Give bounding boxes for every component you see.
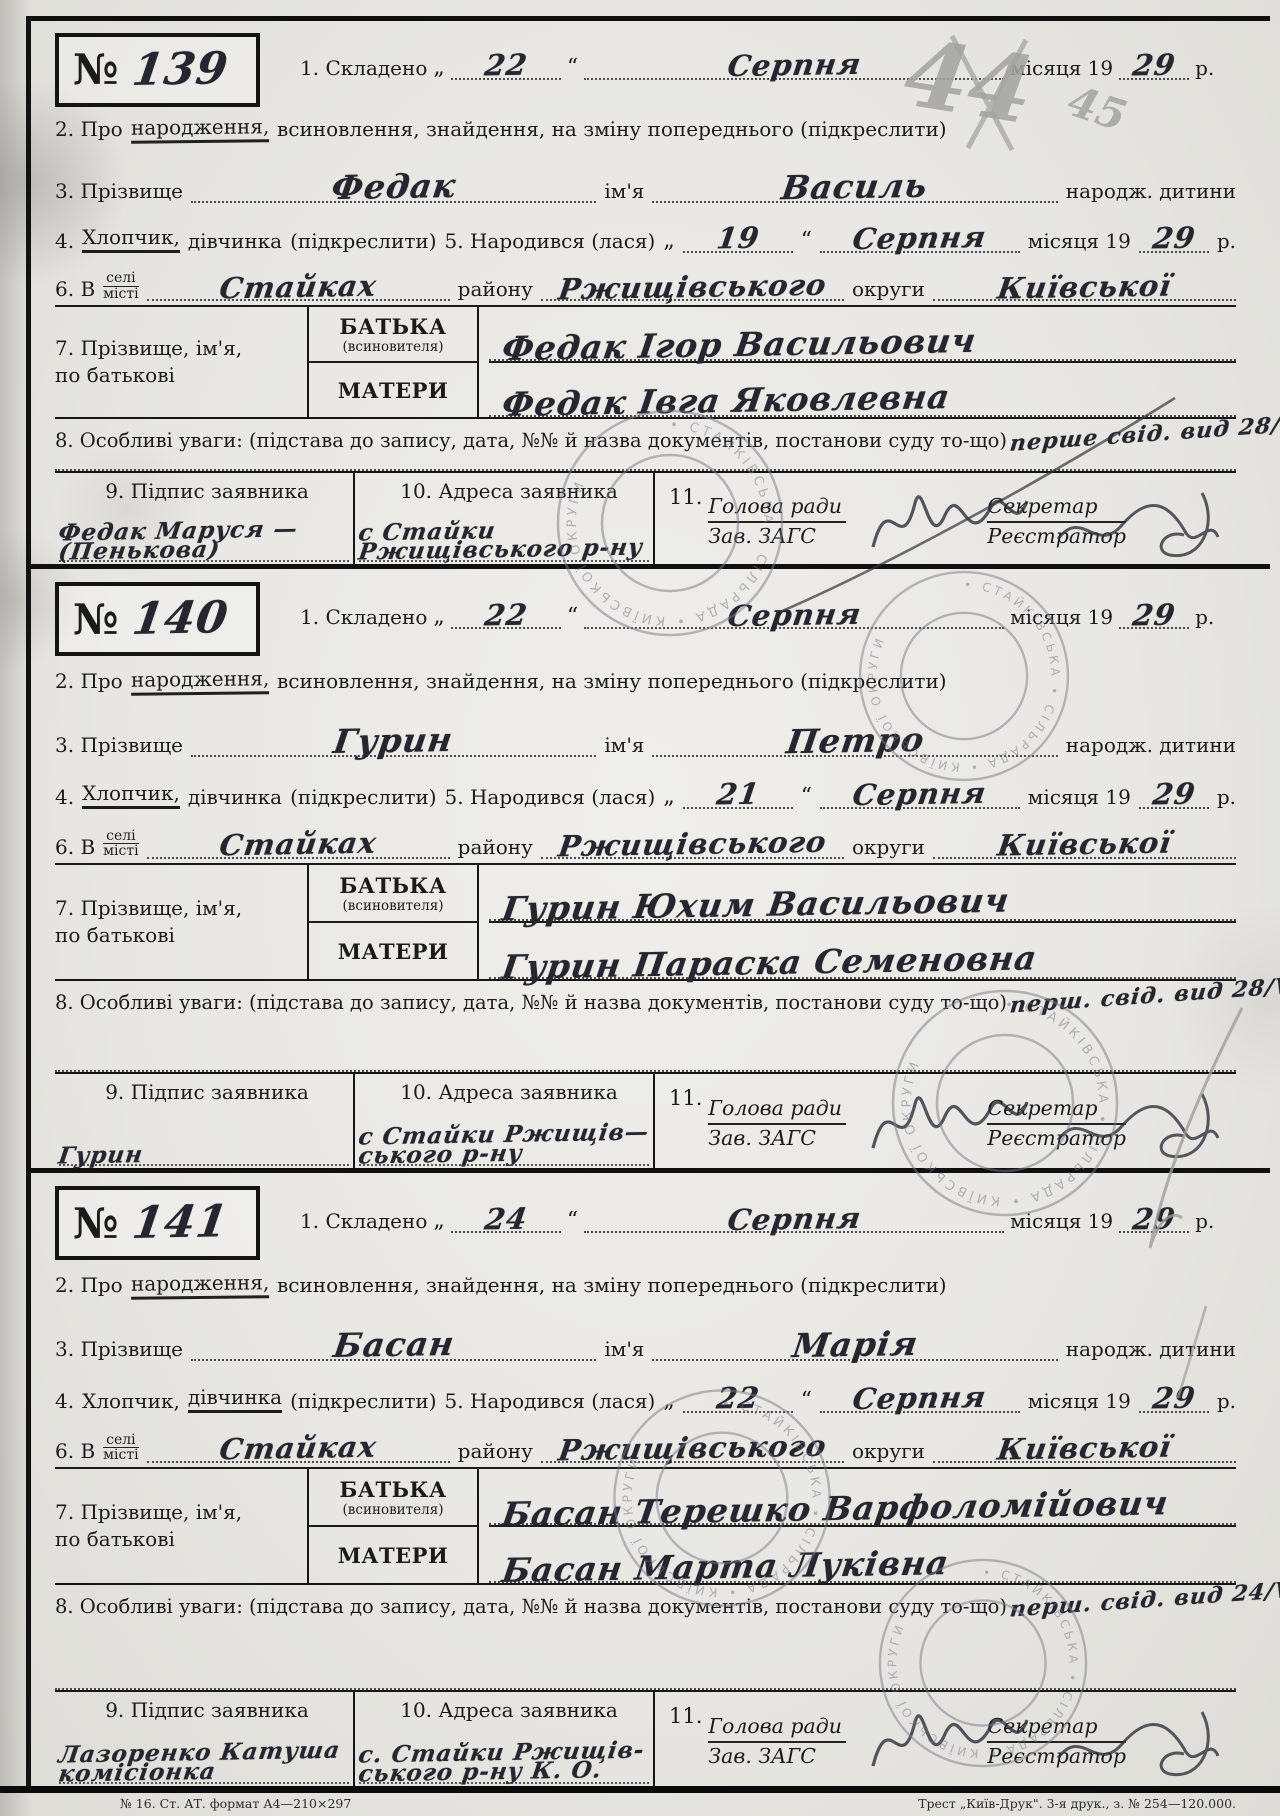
born-label: 5. Народився (лася) [445, 785, 656, 809]
name-line: 3. Прізвище Гурин ім'я Петро народж. дит… [55, 701, 1236, 757]
number-sign: № [73, 45, 119, 94]
month-label-2: місяця 19 [1028, 1389, 1131, 1413]
sex-and-birthdate-line: 4. Хлопчик, дівчинка (підкреслити) 5. На… [55, 203, 1236, 253]
print-footer: № 16. Ст. АТ. формат А4—210×297 Трест „К… [0, 1786, 1280, 1816]
girl-word: дівчинка [188, 1385, 282, 1413]
birth-month-handwritten: Серпня [851, 1385, 988, 1412]
registrar-label: Реєстратор [987, 1743, 1126, 1770]
mother-name-handwritten: Басан Марта Луківна [500, 1549, 950, 1585]
records-container: № 139 1. Складено „ 22 “ Серпня місяця 1… [31, 21, 1270, 1786]
composed-day-handwritten: 24 [483, 1206, 529, 1231]
event-line-prefix: 2. Про [55, 1273, 123, 1297]
village-handwritten: Стайках [218, 831, 378, 858]
composed-line: 1. Складено „ 22 “ Серпня місяця 19 29 р… [300, 603, 1236, 636]
place-line: 6. В селі місті Стайках району Ржищівськ… [55, 253, 1236, 307]
remarks-label: 8. Особливі уваги: (підстава до запису, … [55, 991, 1007, 1014]
composed-label: 1. Складено [300, 56, 427, 80]
village-city-fraction: селі місті [103, 271, 138, 301]
year-suffix-2: р. [1217, 785, 1236, 809]
record-number-handwritten: 141 [130, 1203, 230, 1242]
zags-manager-label: Зав. ЗАГС [708, 1743, 846, 1770]
birth-year-handwritten: 29 [1151, 782, 1197, 807]
okruha-label: округи [852, 1439, 925, 1463]
event-word-underlined: народження, [131, 666, 270, 695]
name-line: 3. Прізвище Басан ім'я Марія народж. дит… [55, 1305, 1236, 1361]
surname-label: 3. Прізвище [55, 179, 183, 203]
applicant-signature-cell: 9. Підпис заявника Федак Маруся — (Пеньк… [55, 473, 355, 564]
district-label: району [458, 277, 533, 301]
quote-open: „ [433, 1208, 444, 1233]
applicant-signature-line2: комісіонка [57, 1760, 351, 1785]
parents-block: 7. Прізвище, ім'я, по батькові БАТЬКА (в… [55, 307, 1236, 419]
item11-number: 11. [669, 1704, 702, 1728]
parents-role-column: БАТЬКА (всиновителя) МАТЕРИ [307, 1469, 479, 1583]
firstname-label: ім'я [604, 179, 644, 203]
place-prefix: 6. В [55, 835, 95, 859]
firstname-handwritten: Марія [791, 1330, 920, 1360]
applicant-signature-line1: Гурин [57, 1142, 351, 1167]
parents-label-line1: 7. Прізвище, ім'я, [55, 1499, 307, 1526]
okruha-label: округи [852, 277, 925, 301]
event-line-rest: всиновлення, знайдення, на зміну поперед… [277, 1273, 947, 1297]
born-label: 5. Народився (лася) [445, 1389, 656, 1413]
village-handwritten: Стайках [218, 273, 378, 300]
head-of-council-fraction: Голова ради Зав. ЗАГС [708, 494, 846, 549]
applicant-address-cell: 10. Адреса заявника с. Стайки Ржищів- сь… [355, 1692, 655, 1786]
event-word-underlined: народження, [131, 1270, 270, 1299]
head-of-council-fraction: Голова ради Зав. ЗАГС [708, 1714, 846, 1769]
applicant-address-label: 10. Адреса заявника [369, 479, 649, 503]
secretary-fraction: Секретар Реєстратор [987, 1714, 1126, 1769]
quote-close: “ [567, 55, 578, 80]
girl-word: дівчинка [188, 229, 282, 253]
child-suffix-label: народж. дитини [1066, 733, 1236, 757]
birth-month-handwritten: Серпня [851, 781, 988, 808]
scanned-registry-page: № 139 1. Складено „ 22 “ Серпня місяця 1… [0, 0, 1280, 1816]
mother-name-handwritten: Гурин Параска Семеновна [500, 944, 1039, 981]
mother-role-label: МАТЕРИ [309, 1527, 477, 1583]
year-suffix-2: р. [1217, 1389, 1236, 1413]
surname-handwritten: Гурин [332, 726, 455, 756]
parents-label-line1: 7. Прізвище, ім'я, [55, 895, 307, 922]
okruha-handwritten: Київської [996, 1435, 1173, 1463]
village-option: селі [103, 1433, 138, 1449]
boy-word: Хлопчик, [82, 1389, 180, 1413]
mother-role-label: МАТЕРИ [309, 923, 477, 979]
composed-line: 1. Складено „ 24 “ Серпня місяця 19 29 р… [300, 1207, 1236, 1240]
secretary-label: Секретар [987, 494, 1126, 523]
applicant-address-cell: 10. Адреса заявника с Стайки Ржищівськог… [355, 473, 655, 564]
adopter-note: (всиновителя) [309, 1502, 477, 1518]
secretary-fraction: Секретар Реєстратор [987, 494, 1126, 549]
district-label: району [458, 1439, 533, 1463]
composed-label: 1. Складено [300, 1209, 427, 1233]
birth-record: № 139 1. Складено „ 22 “ Серпня місяця 1… [31, 21, 1270, 569]
firstname-handwritten: Василь [780, 171, 930, 202]
year-suffix: р. [1195, 1209, 1214, 1233]
month-label: місяця 19 [1010, 1209, 1113, 1233]
village-city-fraction: селі місті [103, 1433, 138, 1463]
mother-name-handwritten: Федак Івга Яковлевна [500, 383, 951, 419]
place-prefix: 6. В [55, 277, 95, 301]
father-role-label: БАТЬКА [309, 314, 477, 339]
city-option: місті [103, 287, 138, 302]
footer-printer-imprint: Трест „Київ-Друк". 3-я друк., з. № 254—1… [918, 1796, 1236, 1811]
birth-year-handwritten: 29 [1151, 226, 1197, 251]
event-type-line: 2. Про народження, всиновлення, знайденн… [55, 661, 1236, 701]
district-handwritten: Ржищівського [557, 1434, 828, 1463]
number-sign: № [73, 1199, 119, 1248]
item4-number: 4. [55, 785, 74, 809]
signatures-row: 9. Підпис заявника Лазоренко Катуша комі… [55, 1690, 1236, 1786]
village-option: селі [103, 271, 138, 287]
head-of-council-label: Голова ради [708, 1714, 846, 1743]
parents-label-line1: 7. Прізвище, ім'я, [55, 335, 307, 362]
month-label: місяця 19 [1010, 605, 1113, 629]
year-suffix: р. [1195, 605, 1214, 629]
applicant-address-label: 10. Адреса заявника [369, 1698, 649, 1722]
quote-close-2: “ [801, 1388, 812, 1413]
place-line: 6. В селі місті Стайках району Ржищівськ… [55, 1413, 1236, 1469]
father-role-cell: БАТЬКА (всиновителя) [309, 1469, 477, 1527]
parents-role-column: БАТЬКА (всиновителя) МАТЕРИ [307, 307, 479, 417]
child-suffix-label: народж. дитини [1066, 1337, 1236, 1361]
adopter-note: (всиновителя) [309, 898, 477, 914]
remarks-label: 8. Особливі уваги: (підстава до запису, … [55, 1595, 1007, 1618]
secretary-fraction: Секретар Реєстратор [987, 1096, 1126, 1151]
applicant-signature-cell: 9. Підпис заявника Лазоренко Катуша комі… [55, 1692, 355, 1786]
district-label: району [458, 835, 533, 859]
secretary-label: Секретар [987, 1096, 1126, 1125]
applicant-address-line2: ського р-ну К. О. [357, 1760, 651, 1785]
year-suffix: р. [1195, 56, 1214, 80]
parents-values: Гурин Юхим Васильович Гурин Параска Семе… [479, 865, 1236, 979]
composed-label: 1. Складено [300, 605, 427, 629]
born-label: 5. Народився (лася) [445, 229, 656, 253]
zags-manager-label: Зав. ЗАГС [708, 1125, 846, 1152]
applicant-address-line2: Ржищівського р-ну [357, 538, 651, 563]
year-suffix-2: р. [1217, 229, 1236, 253]
event-type-line: 2. Про народження, всиновлення, знайденн… [55, 1265, 1236, 1305]
month-label-2: місяця 19 [1028, 229, 1131, 253]
parents-values: Басан Терешко Варфоломійович Басан Марта… [479, 1469, 1236, 1583]
parents-label-line2: по батькові [55, 1526, 307, 1553]
record-number-handwritten: 139 [130, 50, 230, 89]
record-number-box: № 140 [55, 582, 260, 656]
firstname-label: ім'я [604, 1337, 644, 1361]
birth-record: № 141 1. Складено „ 24 “ Серпня місяця 1… [31, 1173, 1270, 1786]
parents-label: 7. Прізвище, ім'я, по батькові [55, 1469, 307, 1583]
birth-day-handwritten: 21 [715, 782, 761, 807]
composed-year-handwritten: 29 [1131, 1206, 1177, 1231]
composed-year-handwritten: 29 [1131, 53, 1177, 78]
quote-open-2: „ [663, 784, 674, 809]
record-number-box: № 141 [55, 1186, 260, 1260]
head-of-council-fraction: Голова ради Зав. ЗАГС [708, 1096, 846, 1151]
month-label-2: місяця 19 [1028, 785, 1131, 809]
parents-block: 7. Прізвище, ім'я, по батькові БАТЬКА (в… [55, 865, 1236, 981]
remarks-block: 8. Особливі уваги: (підстава до запису, … [55, 981, 1236, 1072]
birth-year-handwritten: 29 [1151, 1386, 1197, 1411]
applicant-address-cell: 10. Адреса заявника с Стайки Ржищів— ськ… [355, 1074, 655, 1168]
composed-line: 1. Складено „ 22 “ Серпня місяця 19 29 р… [300, 53, 1236, 86]
district-handwritten: Ржищівського [557, 272, 828, 301]
head-of-council-label: Голова ради [708, 1096, 846, 1125]
father-name-handwritten: Гурин Юхим Васильович [500, 887, 1011, 924]
city-option: місті [103, 1448, 138, 1463]
quote-close-2: “ [801, 784, 812, 809]
signatures-row: 9. Підпис заявника Федак Маруся — (Пеньк… [55, 471, 1236, 564]
record-header: № 139 1. Складено „ 22 “ Серпня місяця 1… [55, 21, 1236, 110]
city-option: місті [103, 844, 138, 859]
okruha-handwritten: Київської [996, 273, 1173, 301]
village-option: селі [103, 829, 138, 845]
birth-day-handwritten: 19 [715, 226, 761, 251]
firstname-label: ім'я [604, 733, 644, 757]
form-frame: № 139 1. Складено „ 22 “ Серпня місяця 1… [26, 16, 1270, 1791]
surname-label: 3. Прізвище [55, 733, 183, 757]
father-role-cell: БАТЬКА (всиновителя) [309, 307, 477, 363]
composed-month-handwritten: Серпня [726, 602, 863, 629]
record-number-box: № 139 [55, 33, 260, 107]
officials-cell: 11. Голова ради Зав. ЗАГС Секретар Реєст… [655, 1074, 1236, 1168]
applicant-signature-label: 9. Підпис заявника [65, 1698, 349, 1722]
firstname-handwritten: Петро [784, 726, 925, 756]
sex-and-birthdate-line: 4. Хлопчик, дівчинка (підкреслити) 5. На… [55, 757, 1236, 809]
birth-month-handwritten: Серпня [851, 225, 988, 252]
underline-note: (підкреслити) [290, 785, 436, 809]
remarks-block: 8. Особливі уваги: (підстава до запису, … [55, 1585, 1236, 1690]
record-number-handwritten: 140 [130, 599, 230, 638]
item11-number: 11. [669, 485, 702, 509]
name-line: 3. Прізвище Федак ім'я Василь народж. ди… [55, 149, 1236, 203]
event-line-prefix: 2. Про [55, 117, 123, 141]
place-line: 6. В селі місті Стайках району Ржищівськ… [55, 809, 1236, 865]
boy-word: Хлопчик, [82, 225, 180, 253]
event-line-rest: всиновлення, знайдення, на зміну поперед… [277, 117, 947, 141]
composed-month-handwritten: Серпня [726, 1206, 863, 1233]
quote-close: “ [567, 1208, 578, 1233]
father-role-label: БАТЬКА [309, 1477, 477, 1502]
adopter-note: (всиновителя) [309, 339, 477, 355]
event-line-prefix: 2. Про [55, 669, 123, 693]
month-label: місяця 19 [1010, 56, 1113, 80]
sex-and-birthdate-line: 4. Хлопчик, дівчинка (підкреслити) 5. На… [55, 1361, 1236, 1413]
parents-label-line2: по батькові [55, 362, 307, 389]
applicant-signature-label: 9. Підпис заявника [65, 479, 349, 503]
okruha-label: округи [852, 835, 925, 859]
applicant-signature-line2: (Пенькова) [57, 538, 351, 563]
underline-note: (підкреслити) [290, 229, 436, 253]
okruha-handwritten: Київської [996, 831, 1173, 859]
remarks-block: 8. Особливі уваги: (підстава до запису, … [55, 419, 1236, 471]
number-sign: № [73, 595, 119, 644]
officials-cell: 11. Голова ради Зав. ЗАГС Секретар Реєст… [655, 1692, 1236, 1786]
applicant-signature-cell: 9. Підпис заявника Гурин [55, 1074, 355, 1168]
parents-values: Федак Ігор Васильович Федак Івга Яковлев… [479, 307, 1236, 417]
father-name-handwritten: Басан Терешко Варфоломійович [500, 1489, 1170, 1529]
item4-number: 4. [55, 229, 74, 253]
registrar-label: Реєстратор [987, 523, 1126, 550]
surname-handwritten: Басан [331, 1330, 455, 1360]
quote-close-2: “ [801, 228, 812, 253]
district-handwritten: Ржищівського [557, 830, 828, 859]
parents-label: 7. Прізвище, ім'я, по батькові [55, 865, 307, 979]
surname-handwritten: Федак [330, 172, 458, 202]
item4-number: 4. [55, 1389, 74, 1413]
boy-word: Хлопчик, [82, 781, 180, 809]
parents-label-line2: по батькові [55, 922, 307, 949]
parents-label: 7. Прізвище, ім'я, по батькові [55, 307, 307, 417]
village-city-fraction: селі місті [103, 829, 138, 859]
signatures-row: 9. Підпис заявника Гурин 10. Адреса заяв… [55, 1072, 1236, 1168]
birth-day-handwritten: 22 [715, 1386, 761, 1411]
surname-label: 3. Прізвище [55, 1337, 183, 1361]
quote-open-2: „ [663, 1388, 674, 1413]
quote-open-2: „ [663, 228, 674, 253]
event-line-rest: всиновлення, знайдення, на зміну поперед… [277, 669, 947, 693]
composed-year-handwritten: 29 [1131, 602, 1177, 627]
child-suffix-label: народж. дитини [1066, 179, 1236, 203]
father-name-handwritten: Федак Ігор Васильович [500, 327, 978, 363]
remarks-label: 8. Особливі уваги: (підстава до запису, … [55, 429, 1007, 452]
quote-open: „ [433, 55, 444, 80]
place-prefix: 6. В [55, 1439, 95, 1463]
composed-day-handwritten: 22 [483, 53, 529, 78]
zags-manager-label: Зав. ЗАГС [708, 523, 846, 550]
composed-day-handwritten: 22 [483, 602, 529, 627]
head-of-council-label: Голова ради [708, 494, 846, 523]
record-header: № 141 1. Складено „ 24 “ Серпня місяця 1… [55, 1173, 1236, 1265]
composed-month-handwritten: Серпня [726, 52, 863, 79]
quote-close: “ [567, 604, 578, 629]
registrar-label: Реєстратор [987, 1125, 1126, 1152]
quote-open: „ [433, 604, 444, 629]
event-word-underlined: народження, [131, 115, 270, 144]
birth-record: № 140 1. Складено „ 22 “ Серпня місяця 1… [31, 569, 1270, 1173]
item11-number: 11. [669, 1086, 702, 1110]
mother-role-label: МАТЕРИ [309, 363, 477, 417]
record-header: № 140 1. Складено „ 22 “ Серпня місяця 1… [55, 569, 1236, 661]
footer-form-number: № 16. Ст. АТ. формат А4—210×297 [120, 1796, 351, 1811]
village-handwritten: Стайках [218, 1435, 378, 1462]
applicant-address-label: 10. Адреса заявника [369, 1080, 649, 1104]
girl-word: дівчинка [188, 785, 282, 809]
underline-note: (підкреслити) [290, 1389, 436, 1413]
event-type-line: 2. Про народження, всиновлення, знайденн… [55, 110, 1236, 149]
secretary-label: Секретар [987, 1714, 1126, 1743]
parents-role-column: БАТЬКА (всиновителя) МАТЕРИ [307, 865, 479, 979]
parents-block: 7. Прізвище, ім'я, по батькові БАТЬКА (в… [55, 1469, 1236, 1585]
applicant-signature-label: 9. Підпис заявника [65, 1080, 349, 1104]
father-role-cell: БАТЬКА (всиновителя) [309, 865, 477, 923]
father-role-label: БАТЬКА [309, 873, 477, 898]
applicant-address-line2: ського р-ну [357, 1142, 651, 1167]
officials-cell: 11. Голова ради Зав. ЗАГС Секретар Реєст… [655, 473, 1236, 564]
